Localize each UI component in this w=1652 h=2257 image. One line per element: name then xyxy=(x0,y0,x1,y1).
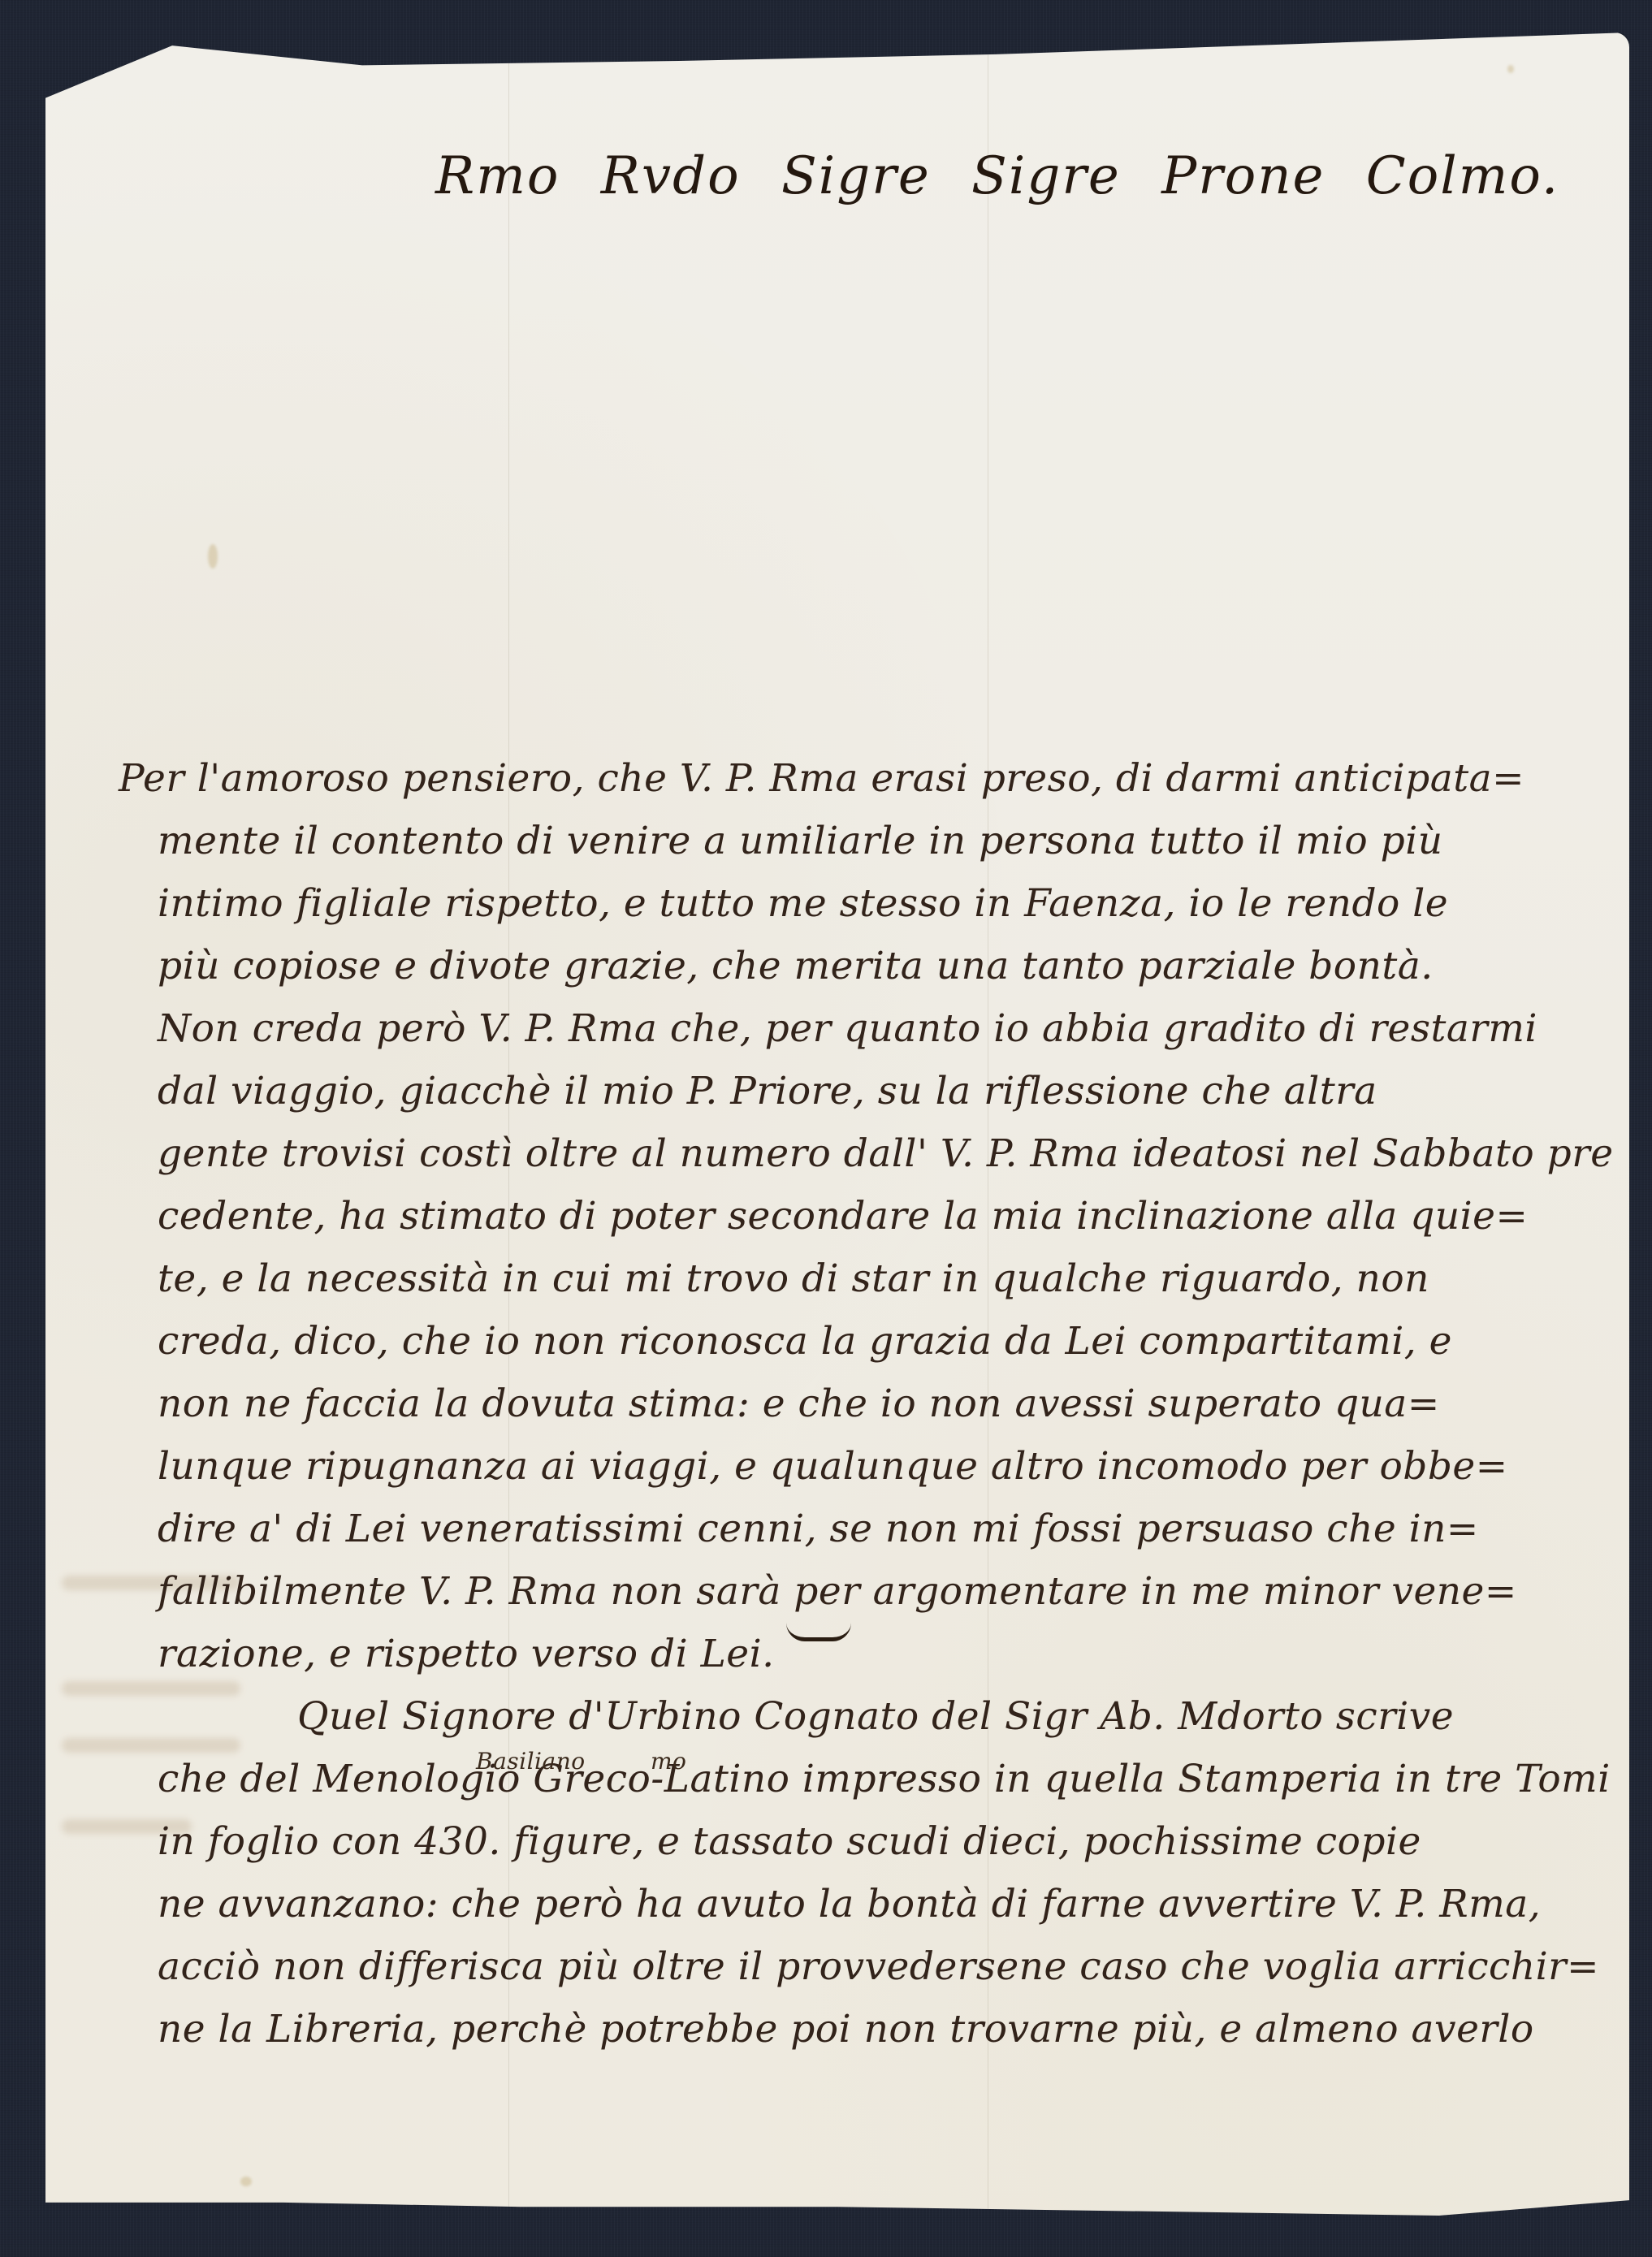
text-line: fallibilmente V. P. Rma non sarà per arg… xyxy=(119,1560,1621,1623)
text-line: Non creda però V. P. Rma che, per quanto… xyxy=(119,997,1621,1060)
text-line: che del Menologio Greco-Latino impresso … xyxy=(119,1748,1621,1810)
text-line: lunque ripugnanza ai viaggi, e qualunque… xyxy=(119,1435,1621,1498)
paper-stain xyxy=(240,2177,252,2186)
text-line: ne la Libreria, perchè potrebbe poi non … xyxy=(119,1998,1621,2060)
paragraph-2: Quel Signore d'Urbino Cognato del Sigr A… xyxy=(119,1685,1621,2060)
text-line: dal viaggio, giacchè il mio P. Priore, s… xyxy=(119,1060,1621,1122)
text-line: Quel Signore d'Urbino Cognato del Sigr A… xyxy=(119,1685,1621,1748)
text-line: dire a' di Lei veneratissimi cenni, se n… xyxy=(119,1498,1621,1560)
text-line: intimo figliale rispetto, e tutto me ste… xyxy=(119,872,1621,935)
text-line: Per l'amoroso pensiero, che V. P. Rma er… xyxy=(119,747,1621,810)
text-line: te, e la necessità in cui mi trovo di st… xyxy=(119,1247,1621,1310)
text-line: non ne faccia la dovuta stima: e che io … xyxy=(119,1373,1621,1435)
closing-flourish xyxy=(786,1623,851,1641)
text-line: creda, dico, che io non riconosca la gra… xyxy=(119,1310,1621,1373)
interlinear-insertion: mo xyxy=(651,1730,686,1792)
letter-sheet: Rmo Rvdo Sigre Sigre Prone Colmo. Per l'… xyxy=(45,32,1629,2216)
paragraph-1: Per l'amoroso pensiero, che V. P. Rma er… xyxy=(119,747,1621,1685)
text-line: cedente, ha stimato di poter secondare l… xyxy=(119,1185,1621,1247)
letter-body: Per l'amoroso pensiero, che V. P. Rma er… xyxy=(119,747,1621,2060)
text-line: ne avvanzano: che però ha avuto la bontà… xyxy=(119,1873,1621,1935)
salutation-heading: Rmo Rvdo Sigre Sigre Prone Colmo. xyxy=(435,146,1559,206)
interlinear-insertion: Basiliano xyxy=(476,1730,586,1792)
text-line: razione, e rispetto verso di Lei. xyxy=(119,1623,1621,1685)
text-line: in foglio con 430. figure, e tassato scu… xyxy=(119,1810,1621,1873)
paper-stain xyxy=(208,544,218,569)
paper-stain xyxy=(1507,65,1514,73)
text-line: gente trovisi costì oltre al numero dall… xyxy=(119,1122,1621,1185)
text-line: più copiose e divote grazie, che merita … xyxy=(119,935,1621,997)
text-line: mente il contento di venire a umiliarle … xyxy=(119,810,1621,872)
text-line: acciò non differisca più oltre il provve… xyxy=(119,1935,1621,1998)
